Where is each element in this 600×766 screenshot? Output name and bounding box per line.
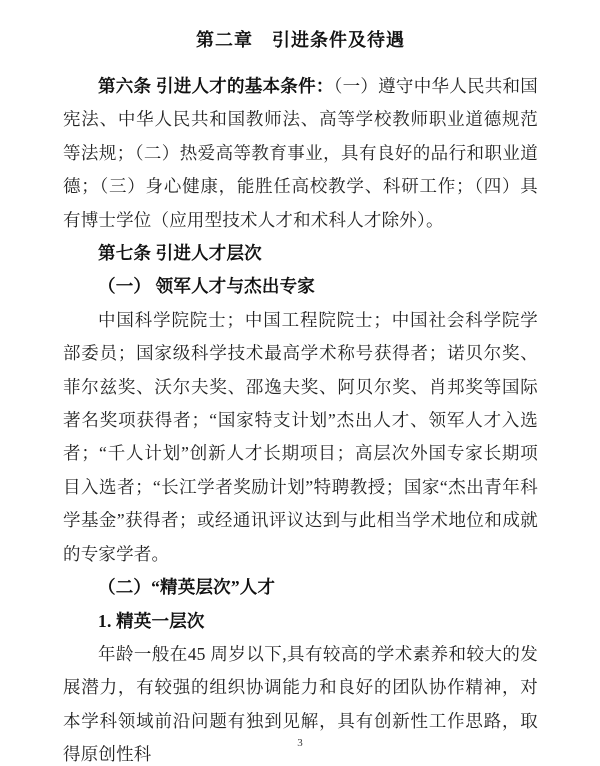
page-number: 3: [0, 736, 600, 750]
article7-heading: 第七条 引进人才层次: [63, 237, 538, 270]
document-page: 第二章 引进条件及待遇 第六条 引进人才的基本条件：（一）遵守中华人民共和国宪法…: [0, 0, 600, 766]
subsection1-heading: 1. 精英一层次: [63, 605, 538, 638]
section1-paragraph: 中国科学院院士；中国工程院院士；中国社会科学院学部委员；国家级科学技术最高学术称…: [63, 304, 538, 571]
article6-text: （一）遵守中华人民共和国宪法、中华人民共和国教师法、高等学校教师职业道德规范等法…: [63, 76, 538, 230]
section2-heading: （二）“精英层次”人才: [63, 571, 538, 604]
chapter-title: 第二章 引进条件及待遇: [63, 24, 538, 57]
section1-heading: （一） 领军人才与杰出专家: [63, 270, 538, 303]
article6-paragraph: 第六条 引进人才的基本条件：（一）遵守中华人民共和国宪法、中华人民共和国教师法、…: [63, 70, 538, 237]
article6-lead: 第六条 引进人才的基本条件：: [98, 76, 334, 96]
